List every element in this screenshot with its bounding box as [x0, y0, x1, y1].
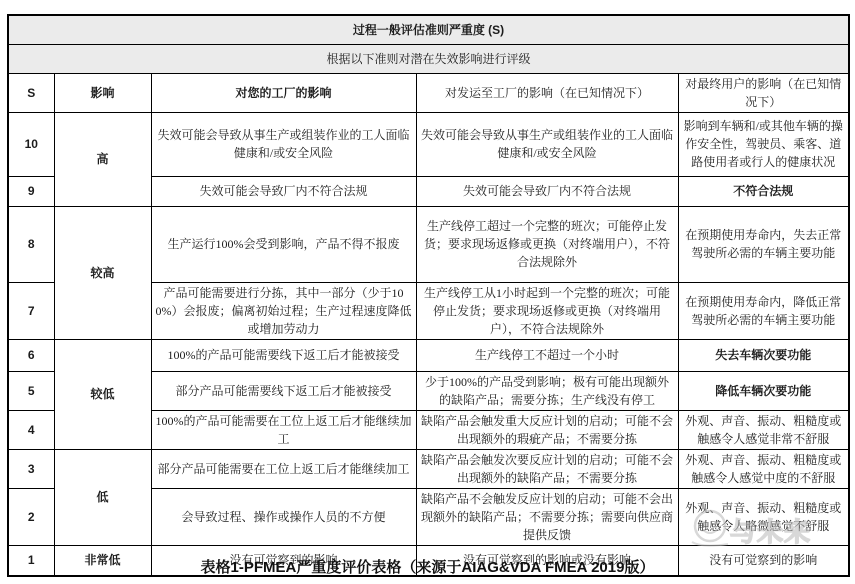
ship-effect-3: 缺陷产品会触发次要反应计划的启动；可能不会出现额外的缺陷产品；不需要分拣 — [416, 449, 678, 488]
col-header-end-user: 对最终用户的影响（在已知情况下） — [678, 73, 849, 112]
impact-high: 高 — [54, 112, 151, 206]
factory-effect-5: 部分产品可能需要线下返工后才能被接受 — [151, 371, 416, 410]
col-header-impact: 影响 — [54, 73, 151, 112]
table-row: 10 高 失效可能会导致从事生产或组装作业的工人面临健康和/或安全风险 失效可能… — [8, 112, 849, 176]
severity-5: 5 — [8, 371, 54, 410]
severity-2: 2 — [8, 488, 54, 545]
enduser-effect-7: 在预期使用寿命内，降低正常驾驶所必需的车辆主要功能 — [678, 282, 849, 339]
severity-4: 4 — [8, 410, 54, 449]
ship-effect-9: 失效可能会导致厂内不符合法规 — [416, 176, 678, 206]
severity-10: 10 — [8, 112, 54, 176]
factory-effect-2: 会导致过程、操作或操作人员的不方便 — [151, 488, 416, 545]
ship-effect-4: 缺陷产品会触发重大反应计划的启动；可能不会出现额外的瑕疵产品；不需要分拣 — [416, 410, 678, 449]
ship-effect-6: 生产线停工不超过一个小时 — [416, 339, 678, 371]
severity-9: 9 — [8, 176, 54, 206]
factory-effect-4: 100%的产品可能需要在工位上返工后才能继续加工 — [151, 410, 416, 449]
table-row: 3 低 部分产品可能需要在工位上返工后才能继续加工 缺陷产品会触发次要反应计划的… — [8, 449, 849, 488]
ship-effect-7: 生产线停工从1小时起到一个完整的班次；可能停止发货；要求现场返修或更换（对终端用… — [416, 282, 678, 339]
table-title: 过程一般评估准则严重度 (S) — [8, 15, 849, 44]
impact-moderately-low: 较低 — [54, 339, 151, 449]
factory-effect-6: 100%的产品可能需要线下返工后才能被接受 — [151, 339, 416, 371]
impact-moderately-high: 较高 — [54, 206, 151, 339]
enduser-effect-4: 外观、声音、振动、粗糙度或触感令人感觉非常不舒服 — [678, 410, 849, 449]
enduser-effect-5: 降低车辆次要功能 — [678, 371, 849, 410]
header-row: S 影响 对您的工厂的影响 对发运至工厂的影响（在已知情况下） 对最终用户的影响… — [8, 73, 849, 112]
severity-3: 3 — [8, 449, 54, 488]
table-row: 6 较低 100%的产品可能需要线下返工后才能被接受 生产线停工不超过一个小时 … — [8, 339, 849, 371]
enduser-effect-9: 不符合法规 — [678, 176, 849, 206]
col-header-ship: 对发运至工厂的影响（在已知情况下） — [416, 73, 678, 112]
factory-effect-7: 产品可能需要进行分拣，其中一部分（少于100%）会报废；偏离初始过程；生产过程速… — [151, 282, 416, 339]
col-header-s: S — [8, 73, 54, 112]
ship-effect-2: 缺陷产品不会触发反应计划的启动；可能不会出现额外的缺陷产品；不需要分拣；需要向供… — [416, 488, 678, 545]
impact-low: 低 — [54, 449, 151, 545]
enduser-effect-2: 外观、声音、振动、粗糙度或触感令人略微感觉不舒服 — [678, 488, 849, 545]
table-subtitle: 根据以下准则对潜在失效影响进行评级 — [8, 44, 849, 73]
enduser-effect-10: 影响到车辆和/或其他车辆的操作安全性，驾驶员、乘客、道路使用者或行人的健康状况 — [678, 112, 849, 176]
col-header-factory: 对您的工厂的影响 — [151, 73, 416, 112]
factory-effect-3: 部分产品可能需要在工位上返工后才能继续加工 — [151, 449, 416, 488]
enduser-effect-6: 失去车辆次要功能 — [678, 339, 849, 371]
factory-effect-8: 生产运行100%会受到影响，产品不得不报废 — [151, 206, 416, 282]
severity-8: 8 — [8, 206, 54, 282]
ship-effect-10: 失效可能会导致从事生产或组装作业的工人面临健康和/或安全风险 — [416, 112, 678, 176]
ship-effect-8: 生产线停工超过一个完整的班次；可能停止发货；要求现场返修或更换（对终端用户），不… — [416, 206, 678, 282]
enduser-effect-8: 在预期使用寿命内，失去正常驾驶所必需的车辆主要功能 — [678, 206, 849, 282]
factory-effect-9: 失效可能会导致厂内不符合法规 — [151, 176, 416, 206]
enduser-effect-3: 外观、声音、振动、粗糙度或触感令人感觉中度的不舒服 — [678, 449, 849, 488]
factory-effect-10: 失效可能会导致从事生产或组装作业的工人面临健康和/或安全风险 — [151, 112, 416, 176]
table-caption: 表格1-PFMEA严重度评价表格（来源于AIAG&VDA FMEA 2019版） — [0, 556, 855, 577]
severity-6: 6 — [8, 339, 54, 371]
ship-effect-5: 少于100%的产品受到影响；极有可能出现额外的缺陷产品；需要分拣；生产线没有停工 — [416, 371, 678, 410]
table-row: 8 较高 生产运行100%会受到影响，产品不得不报废 生产线停工超过一个完整的班… — [8, 206, 849, 282]
severity-rating-table: 过程一般评估准则严重度 (S) 根据以下准则对潜在失效影响进行评级 S 影响 对… — [7, 14, 850, 577]
severity-7: 7 — [8, 282, 54, 339]
